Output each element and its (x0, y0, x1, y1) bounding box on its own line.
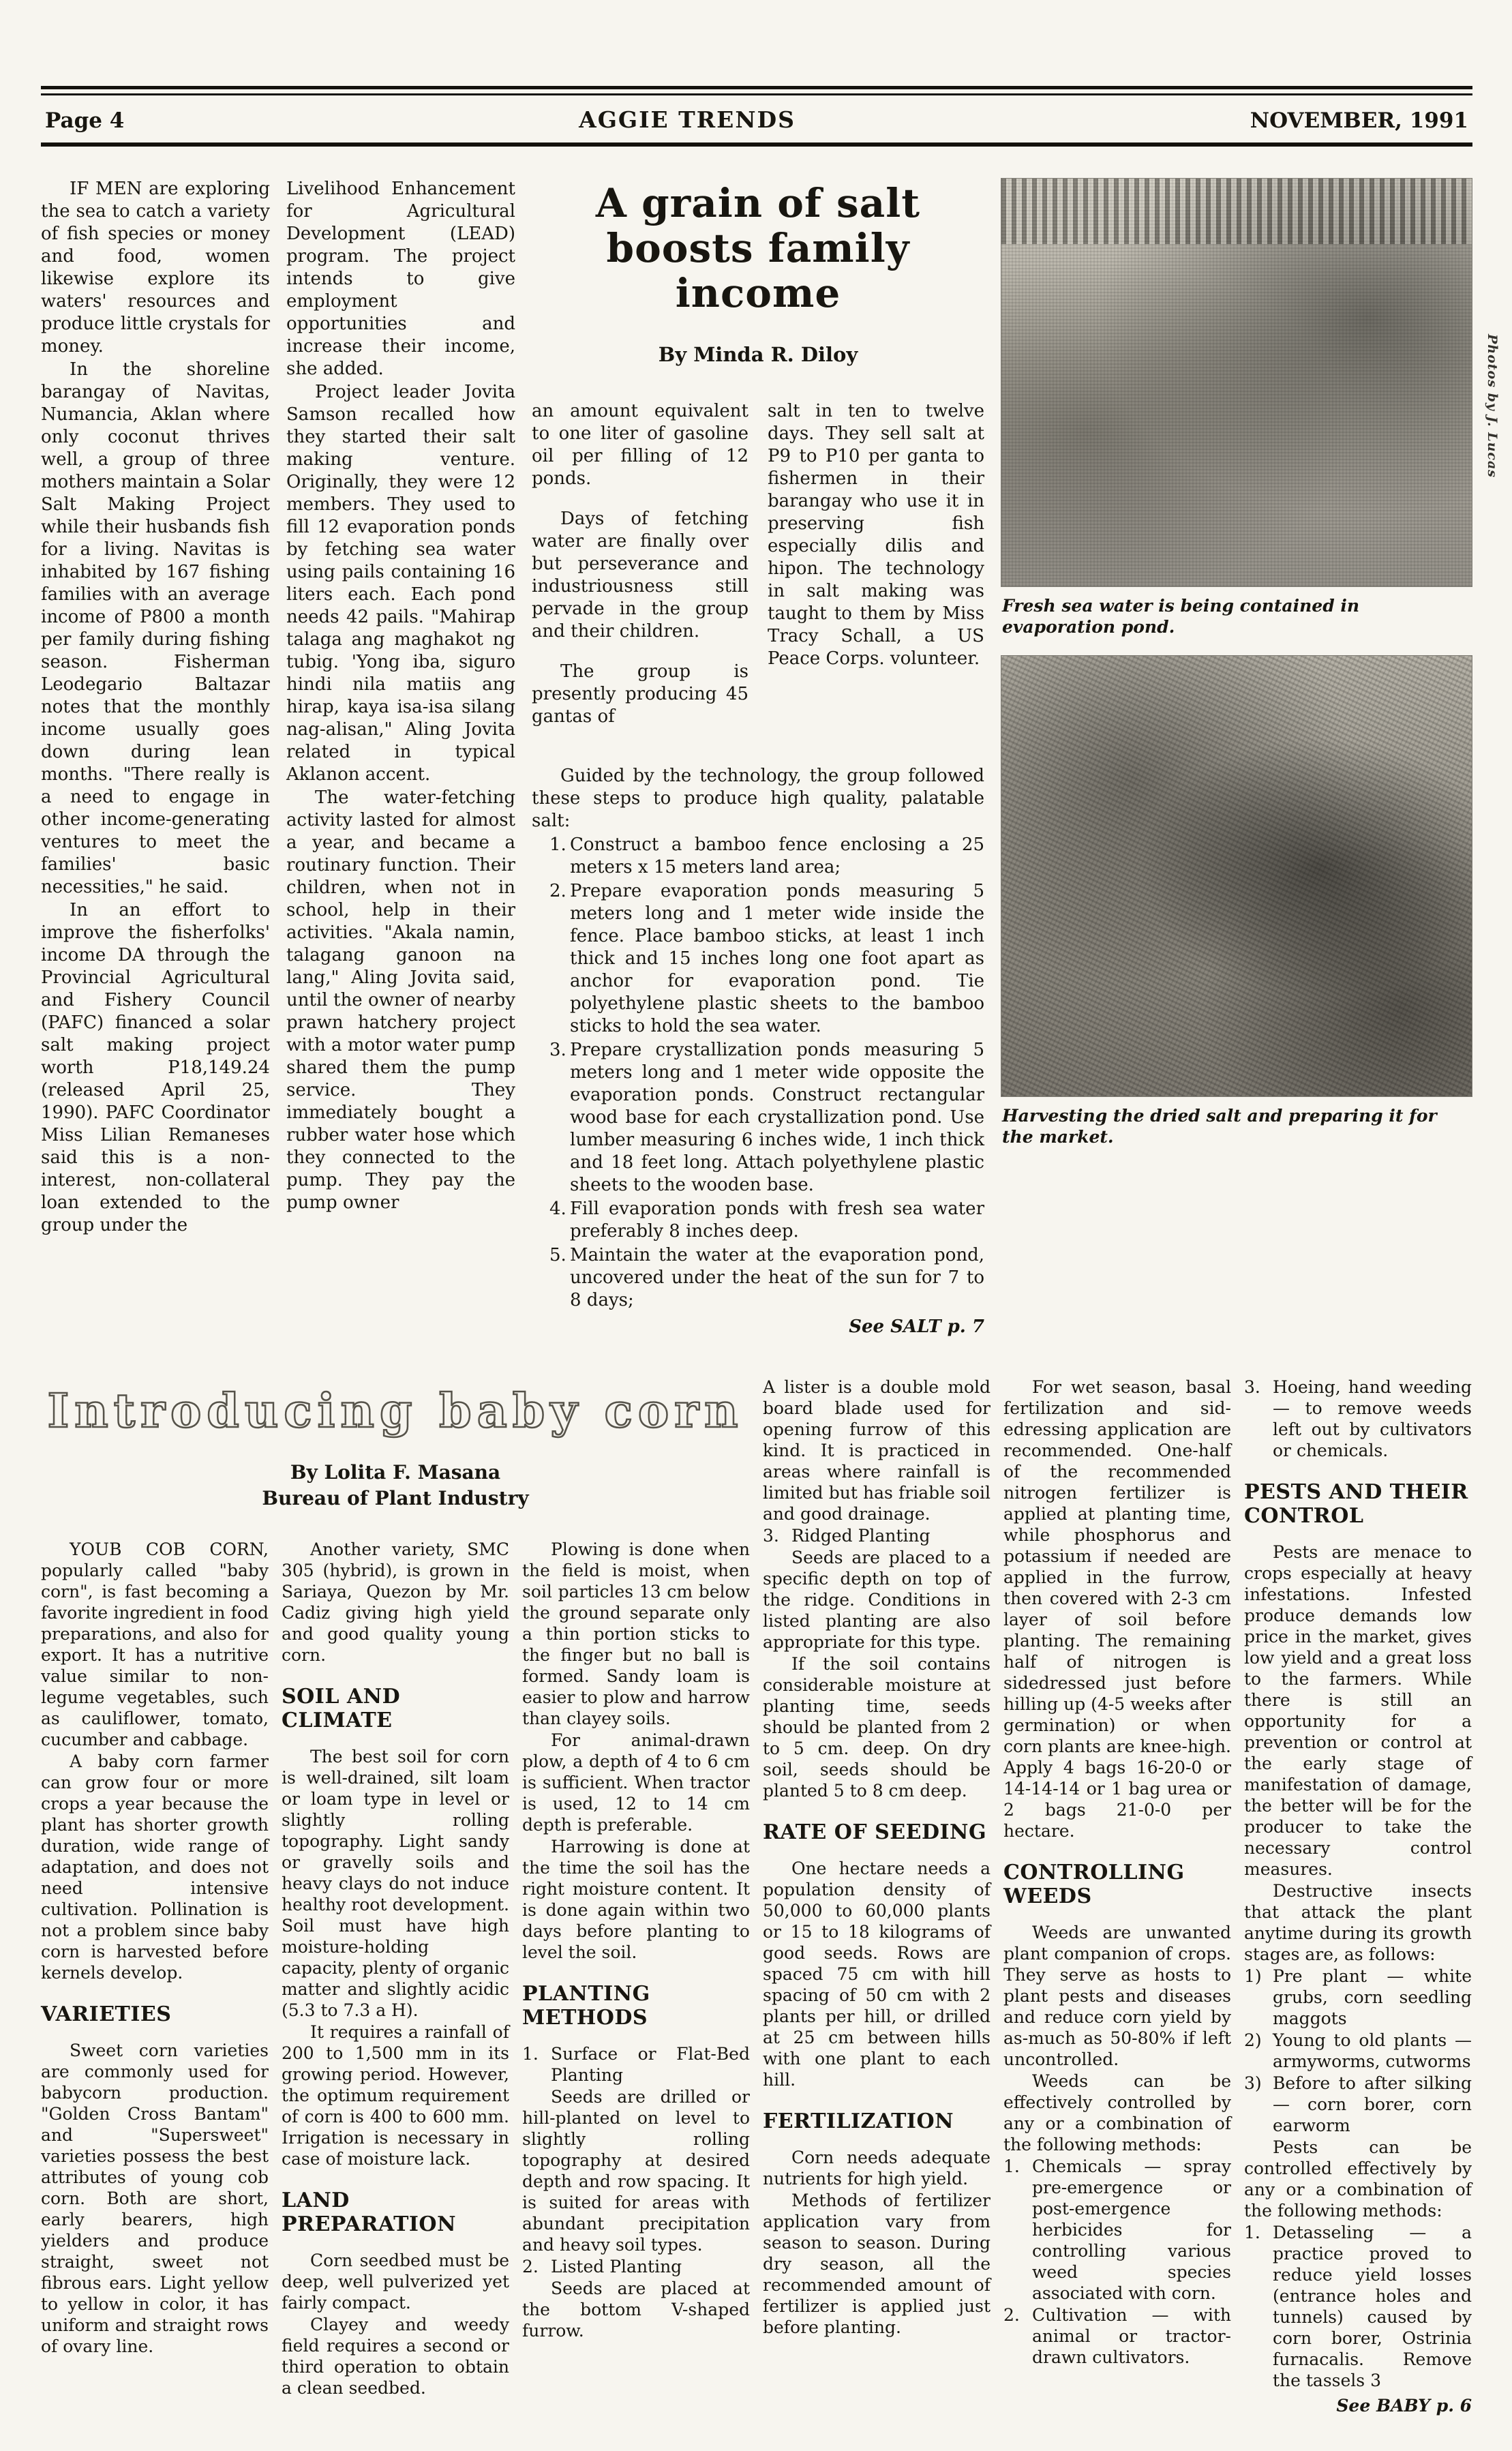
paragraph: 5.Maintain the water at the evaporation … (532, 1244, 984, 1312)
paragraph: Seeds are placed at the bottom V-shaped … (522, 2278, 750, 2341)
corn-article: Introducing baby corn By Lolita F. Masan… (41, 1377, 1472, 2417)
list-text: Maintain the water at the evaporation po… (570, 1244, 984, 1312)
paragraph: 3.Ridged Planting (763, 1525, 991, 1546)
list-number: 1. (1003, 2156, 1032, 2304)
paragraph: A lister is a double mold board blade us… (763, 1377, 991, 1524)
photo-caption-2: Harvesting the dried salt and preparing … (1002, 1105, 1471, 1147)
salt-harvest-photo (1001, 655, 1472, 1097)
list-text: Construct a bamboo fence enclosing a 25 … (570, 834, 984, 879)
paragraph: In an effort to improve the fisherfolks'… (41, 899, 270, 1237)
corn-article-headline: Introducing baby corn (41, 1386, 750, 1437)
list-text: Cultivation — with animal or tractor-dra… (1032, 2304, 1231, 2368)
paragraph: For animal-drawn plow, a depth of 4 to 6… (522, 1730, 750, 1835)
paragraph: It requires a rainfall of 200 to 1,500 m… (282, 2021, 509, 2169)
salt-article-columns: an amount equivalent to one liter of gas… (532, 400, 984, 746)
paragraph: Destructive insects that attack the plan… (1244, 1880, 1472, 1965)
list-text: Prepare crystallization ponds measuring … (570, 1039, 984, 1197)
paragraph: Clayey and weedy field requires a second… (282, 2314, 509, 2399)
header-rule-top (41, 86, 1472, 89)
jump-line: See SALT p. 7 (532, 1316, 984, 1338)
list-number: 4. (532, 1198, 570, 1243)
list-number: 1. (532, 834, 570, 879)
paragraph: Sweet corn varieties are commonly used f… (41, 2040, 269, 2357)
list-text: Listed Planting (551, 2256, 750, 2277)
list-text: Before to after silking — corn borer, co… (1273, 2073, 1472, 2136)
corn-column-4: A lister is a double mold board blade us… (763, 1377, 991, 2417)
list-number: 1) (1244, 1966, 1273, 2029)
salt-article-byline: By Minda R. Diloy (532, 343, 984, 366)
jump-line: See BABY p. 6 (1244, 2395, 1472, 2416)
paragraph: 1.Surface or Flat-Bed Planting (522, 2043, 750, 2086)
list-text: Prepare evaporation ponds measuring 5 me… (570, 880, 984, 1038)
section-heading: VARIETIES (41, 2002, 269, 2026)
paragraph: Days of fetching water are finally over … (532, 508, 749, 643)
header-rule-bottom (41, 142, 1472, 147)
paragraph: 3.Hoeing, hand weeding — to remove weeds… (1244, 1377, 1472, 1461)
list-number: 3. (763, 1525, 791, 1546)
section-heading: CONTROLLING WEEDS (1003, 1861, 1231, 1908)
paragraph: 2)Young to old plants — armyworms, cutwo… (1244, 2030, 1472, 2072)
paragraph: The water-fetching activity lasted for a… (286, 787, 515, 1214)
paragraph: Project leader Jovita Samson recalled ho… (286, 381, 515, 786)
salt-article-headline: A grain of salt boosts family income (544, 181, 972, 316)
list-number: 2. (522, 2256, 551, 2277)
list-number: 1. (1244, 2222, 1273, 2391)
section-heading: LAND PREPARATION (282, 2189, 509, 2236)
list-number: 3. (1244, 1377, 1273, 1461)
salt-steps-list: 1.Construct a bamboo fence enclosing a 2… (532, 834, 984, 1338)
corn-article-left-group: Introducing baby corn By Lolita F. Masan… (41, 1377, 750, 2417)
paragraph: Weeds can be effectively controlled by a… (1003, 2071, 1231, 2155)
paragraph: 2.Prepare evaporation ponds measuring 5 … (532, 880, 984, 1038)
paragraph: Livelihood Enhancement for Agricultural … (286, 178, 515, 380)
paragraph: 1.Chemicals — spray pre-emergence or pos… (1003, 2156, 1231, 2304)
fish-article-column-2: Livelihood Enhancement for Agricultural … (286, 178, 515, 1340)
paragraph: 1.Construct a bamboo fence enclosing a 2… (532, 834, 984, 879)
section-heading: PLANTING METHODS (522, 1982, 750, 2030)
page-header: Page 4 AGGIE TRENDS NOVEMBER, 1991 (41, 95, 1472, 142)
paragraph: Pests can be controlled effectively by a… (1244, 2137, 1472, 2221)
list-text: Young to old plants — armyworms, cutworm… (1273, 2030, 1472, 2072)
list-text: Surface or Flat-Bed Planting (551, 2043, 750, 2086)
paragraph: Corn needs adequate nutrients for high y… (763, 2147, 991, 2189)
corn-column-2: Another variety, SMC 305 (hybrid), is gr… (282, 1539, 509, 2399)
paragraph: 3.Prepare crystallization ponds measurin… (532, 1039, 984, 1197)
paragraph: 2.Cultivation — with animal or tractor-d… (1003, 2304, 1231, 2368)
newspaper-page: Page 4 AGGIE TRENDS NOVEMBER, 1991 IF ME… (0, 0, 1512, 2451)
corn-byline-name: By Lolita F. Masana (41, 1460, 750, 1486)
corn-column-1: YOUB COB CORN, popularly called "baby co… (41, 1539, 269, 2399)
paragraph: Pests are menace to crops especially at … (1244, 1542, 1472, 1880)
photo-credit: Photos by J. Lucas (1485, 334, 1500, 478)
paragraph: Seeds are drilled or hill-planted on lev… (522, 2086, 750, 2255)
evaporation-pond-photo (1001, 178, 1472, 587)
paragraph: salt in ten to twelve days. They sell sa… (768, 400, 984, 670)
list-number: 3) (1244, 2073, 1273, 2136)
list-number: 1. (522, 2043, 551, 2086)
photo-box-2: Harvesting the dried salt and preparing … (1001, 655, 1472, 1147)
section-heading: FERTILIZATION (763, 2109, 991, 2133)
paragraph: Seeds are placed to a specific depth on … (763, 1547, 991, 1653)
paragraph: 2.Listed Planting (522, 2256, 750, 2277)
photo-box-1: Photos by J. Lucas Fresh sea water is be… (1001, 178, 1472, 637)
list-text: Pre plant — white grubs, corn seedling m… (1273, 1966, 1472, 2029)
paragraph: If the soil contains considerable moistu… (763, 1653, 991, 1801)
section-heading: PESTS AND THEIR CONTROL (1244, 1480, 1472, 1528)
list-number: 2) (1244, 2030, 1273, 2072)
paragraph: Methods of fertilizer application vary f… (763, 2190, 991, 2338)
paragraph: For wet season, basal fertilization and … (1003, 1377, 1231, 1841)
paragraph: Corn seedbed must be deep, well pulveriz… (282, 2250, 509, 2313)
list-number: 2. (532, 880, 570, 1038)
list-text: Hoeing, hand weeding — to remove weeds l… (1273, 1377, 1472, 1461)
section-heading: RATE OF SEEDING (763, 1820, 991, 1844)
list-text: Fill evaporation ponds with fresh sea wa… (570, 1198, 984, 1243)
paragraph: One hectare needs a population density o… (763, 1858, 991, 2090)
salt-article-column-b: salt in ten to twelve days. They sell sa… (768, 400, 984, 746)
corn-byline-org: Bureau of Plant Industry (41, 1486, 750, 1512)
corn-column-6: 3.Hoeing, hand weeding — to remove weeds… (1244, 1377, 1472, 2417)
paragraph: The group is presently producing 45 gant… (532, 661, 749, 728)
page-number: Page 4 (45, 108, 124, 133)
photo-column: Photos by J. Lucas Fresh sea water is be… (1001, 178, 1472, 1340)
top-section: IF MEN are exploring the sea to catch a … (41, 178, 1472, 1340)
paragraph: 3)Before to after silking — corn borer, … (1244, 2073, 1472, 2136)
issue-date: NOVEMBER, 1991 (1250, 108, 1468, 133)
paragraph: Harrowing is done at the time the soil h… (522, 1836, 750, 1963)
paragraph: The best soil for corn is well-drained, … (282, 1746, 509, 2021)
paragraph: Guided by the technology, the group foll… (532, 765, 984, 832)
list-number: 2. (1003, 2304, 1032, 2368)
paragraph: In the shoreline barangay of Navitas, Nu… (41, 359, 270, 899)
paragraph: 1.Detasseling — a practice proved to red… (1244, 2222, 1472, 2391)
paragraph: Weeds are unwanted plant companion of cr… (1003, 1922, 1231, 2070)
paragraph: YOUB COB CORN, popularly called "baby co… (41, 1539, 269, 1750)
corn-article-byline: By Lolita F. Masana Bureau of Plant Indu… (41, 1460, 750, 1512)
list-number: 5. (532, 1244, 570, 1312)
paragraph: 4.Fill evaporation ponds with fresh sea … (532, 1198, 984, 1243)
salt-steps-intro: Guided by the technology, the group foll… (532, 765, 984, 832)
corn-column-5: For wet season, basal fertilization and … (1003, 1377, 1231, 2417)
list-text: Ridged Planting (791, 1525, 991, 1546)
corn-column-3: Plowing is done when the field is moist,… (522, 1539, 750, 2399)
paragraph: Plowing is done when the field is moist,… (522, 1539, 750, 1729)
list-text: Detasseling — a practice proved to reduc… (1273, 2222, 1472, 2391)
paragraph: Another variety, SMC 305 (hybrid), is gr… (282, 1539, 509, 1666)
paragraph: IF MEN are exploring the sea to catch a … (41, 178, 270, 358)
list-text: Chemicals — spray pre-emergence or post-… (1032, 2156, 1231, 2304)
corn-left-columns: YOUB COB CORN, popularly called "baby co… (41, 1539, 750, 2399)
paragraph: 1)Pre plant — white grubs, corn seedling… (1244, 1966, 1472, 2029)
salt-article: A grain of salt boosts family income By … (532, 178, 984, 1340)
photo-caption-1: Fresh sea water is being contained in ev… (1002, 595, 1471, 637)
section-heading: SOIL AND CLIMATE (282, 1685, 509, 1732)
paragraph: an amount equivalent to one liter of gas… (532, 400, 749, 490)
masthead-title: AGGIE TRENDS (579, 106, 796, 133)
salt-article-column-a: an amount equivalent to one liter of gas… (532, 400, 749, 746)
list-number: 3. (532, 1039, 570, 1197)
fish-article-column-1: IF MEN are exploring the sea to catch a … (41, 178, 270, 1340)
paragraph: A baby corn farmer can grow four or more… (41, 1751, 269, 1983)
